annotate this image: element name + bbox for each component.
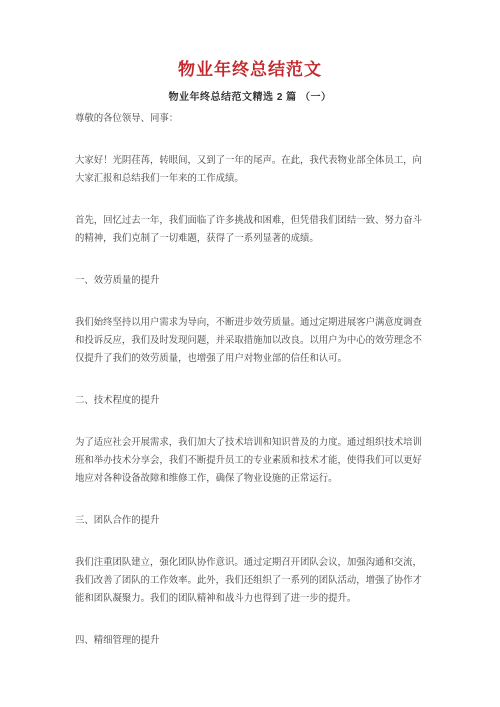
paragraph-section-2: 为了适应社会开展需求，我们加大了技术培训和知识普及的力度。通过组织技术培训班和举… (75, 433, 425, 487)
paragraph-section-1: 我们始终坚持以用户需求为导向，不断进步效劳质量。通过定期进展客户满意度调查和投诉… (75, 313, 425, 367)
paragraph-section-3: 我们注重团队建立，强化团队协作意识。通过定期召开团队会议，加强沟通和交流，我们改… (75, 553, 425, 607)
page-subtitle: 物业年终总结范文精选 2 篇 （一） (75, 90, 425, 105)
document-page: 物业年终总结范文 物业年终总结范文精选 2 篇 （一） 尊敬的各位领导、同事： … (0, 0, 500, 707)
section-heading-1: 一、效劳质量的提升 (75, 271, 425, 289)
section-heading-2: 二、技术程度的提升 (75, 391, 425, 409)
greeting-line: 尊敬的各位领导、同事： (75, 109, 425, 127)
paragraph-year-review: 首先，回忆过去一年，我们面临了许多挑战和困难，但凭借我们团结一致、努力奋斗的精神… (75, 211, 425, 247)
section-heading-4: 四、精细管理的提升 (75, 631, 425, 649)
paragraph-opening: 大家好！光阴荏苒，转眼间，又到了一年的尾声。在此，我代表物业部全体员工，向大家汇… (75, 151, 425, 187)
page-title: 物业年终总结范文 (75, 58, 425, 82)
section-heading-3: 三、团队合作的提升 (75, 511, 425, 529)
